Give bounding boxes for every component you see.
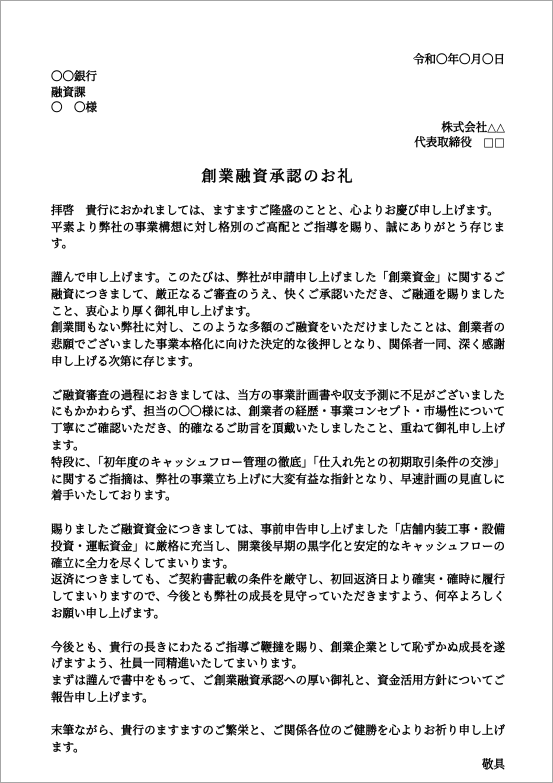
paragraph-line: 平素より弊社の事業構想に対し格別のご高配とご指導を賜り、誠にありがとう存じます。 bbox=[51, 219, 505, 253]
letter-page: 令和〇年〇月〇日 〇〇銀行 融資課 〇 〇様 株式会社△△ 代表取締役 □□ 創… bbox=[0, 0, 553, 783]
paragraph-group: ご融資審査の過程におきましては、当方の事業計画書や収支予測に不足がございましたに… bbox=[51, 387, 505, 505]
letter-body: 拝啓 貴行におかれましては、ますますご隆盛のことと、心よりお慶び申し上げます。平… bbox=[51, 202, 505, 756]
paragraph-group: 謹んで申し上げます。このたびは、弊社が申請申し上げました「創業資金」に関するご融… bbox=[51, 269, 505, 370]
recipient-line-person: 〇 〇様 bbox=[51, 100, 505, 116]
paragraph-line: 特段に、「初年度のキャッシュフロー管理の徹底」「仕入れ先との初期取引条件の交渉」… bbox=[51, 454, 505, 504]
paragraph-line: まずは謹んで書中をもって、ご創業融資承認への厚い御礼と、資金活用方針についてご報… bbox=[51, 672, 505, 706]
paragraph-group: 今後とも、貴行の長きにわたるご指導ご鞭撻を賜り、創業企業として恥ずかぬ成長を遂げ… bbox=[51, 639, 505, 706]
paragraph-line: 拝啓 貴行におかれましては、ますますご隆盛のことと、心よりお慶び申し上げます。 bbox=[51, 202, 505, 219]
recipient-line-department: 融資課 bbox=[51, 85, 505, 101]
letter-date: 令和〇年〇月〇日 bbox=[51, 51, 505, 67]
letter-title: 創業融資承認のお礼 bbox=[51, 165, 505, 186]
paragraph-line: 謹んで申し上げます。このたびは、弊社が申請申し上げました「創業資金」に関するご融… bbox=[51, 269, 505, 319]
sender-representative: 代表取締役 □□ bbox=[51, 135, 505, 151]
closing-word: 敬具 bbox=[51, 756, 505, 773]
sender-company: 株式会社△△ bbox=[51, 120, 505, 136]
paragraph-line: 返済につきましても、ご契約書記載の条件を厳守し、初回返済日より確実・確時に履行し… bbox=[51, 571, 505, 621]
recipient-line-bank: 〇〇銀行 bbox=[51, 69, 505, 85]
paragraph-line: 今後とも、貴行の長きにわたるご指導ご鞭撻を賜り、創業企業として恥ずかぬ成長を遂げ… bbox=[51, 639, 505, 673]
paragraph-group: 拝啓 貴行におかれましては、ますますご隆盛のことと、心よりお慶び申し上げます。平… bbox=[51, 202, 505, 252]
recipient-block: 〇〇銀行 融資課 〇 〇様 bbox=[51, 69, 505, 116]
paragraph-line: 賜りましたご融資資金につきましては、事前申告申し上げました「店舗内装工事・設備投… bbox=[51, 521, 505, 571]
sender-block: 株式会社△△ 代表取締役 □□ bbox=[51, 120, 505, 151]
paragraph-line: 末筆ながら、貴行のますますのご繁栄と、ご関係各位のご健勝を心よりお祈り申し上げま… bbox=[51, 722, 505, 756]
paragraph-line: 創業間もない弊社に対し、このような多額のご融資をいただけましたことは、創業者の悲… bbox=[51, 319, 505, 369]
paragraph-line: ご融資審査の過程におきましては、当方の事業計画書や収支予測に不足がございましたに… bbox=[51, 387, 505, 454]
paragraph-group: 末筆ながら、貴行のますますのご繁栄と、ご関係各位のご健勝を心よりお祈り申し上げま… bbox=[51, 722, 505, 756]
paragraph-group: 賜りましたご融資資金につきましては、事前申告申し上げました「店舗内装工事・設備投… bbox=[51, 521, 505, 622]
